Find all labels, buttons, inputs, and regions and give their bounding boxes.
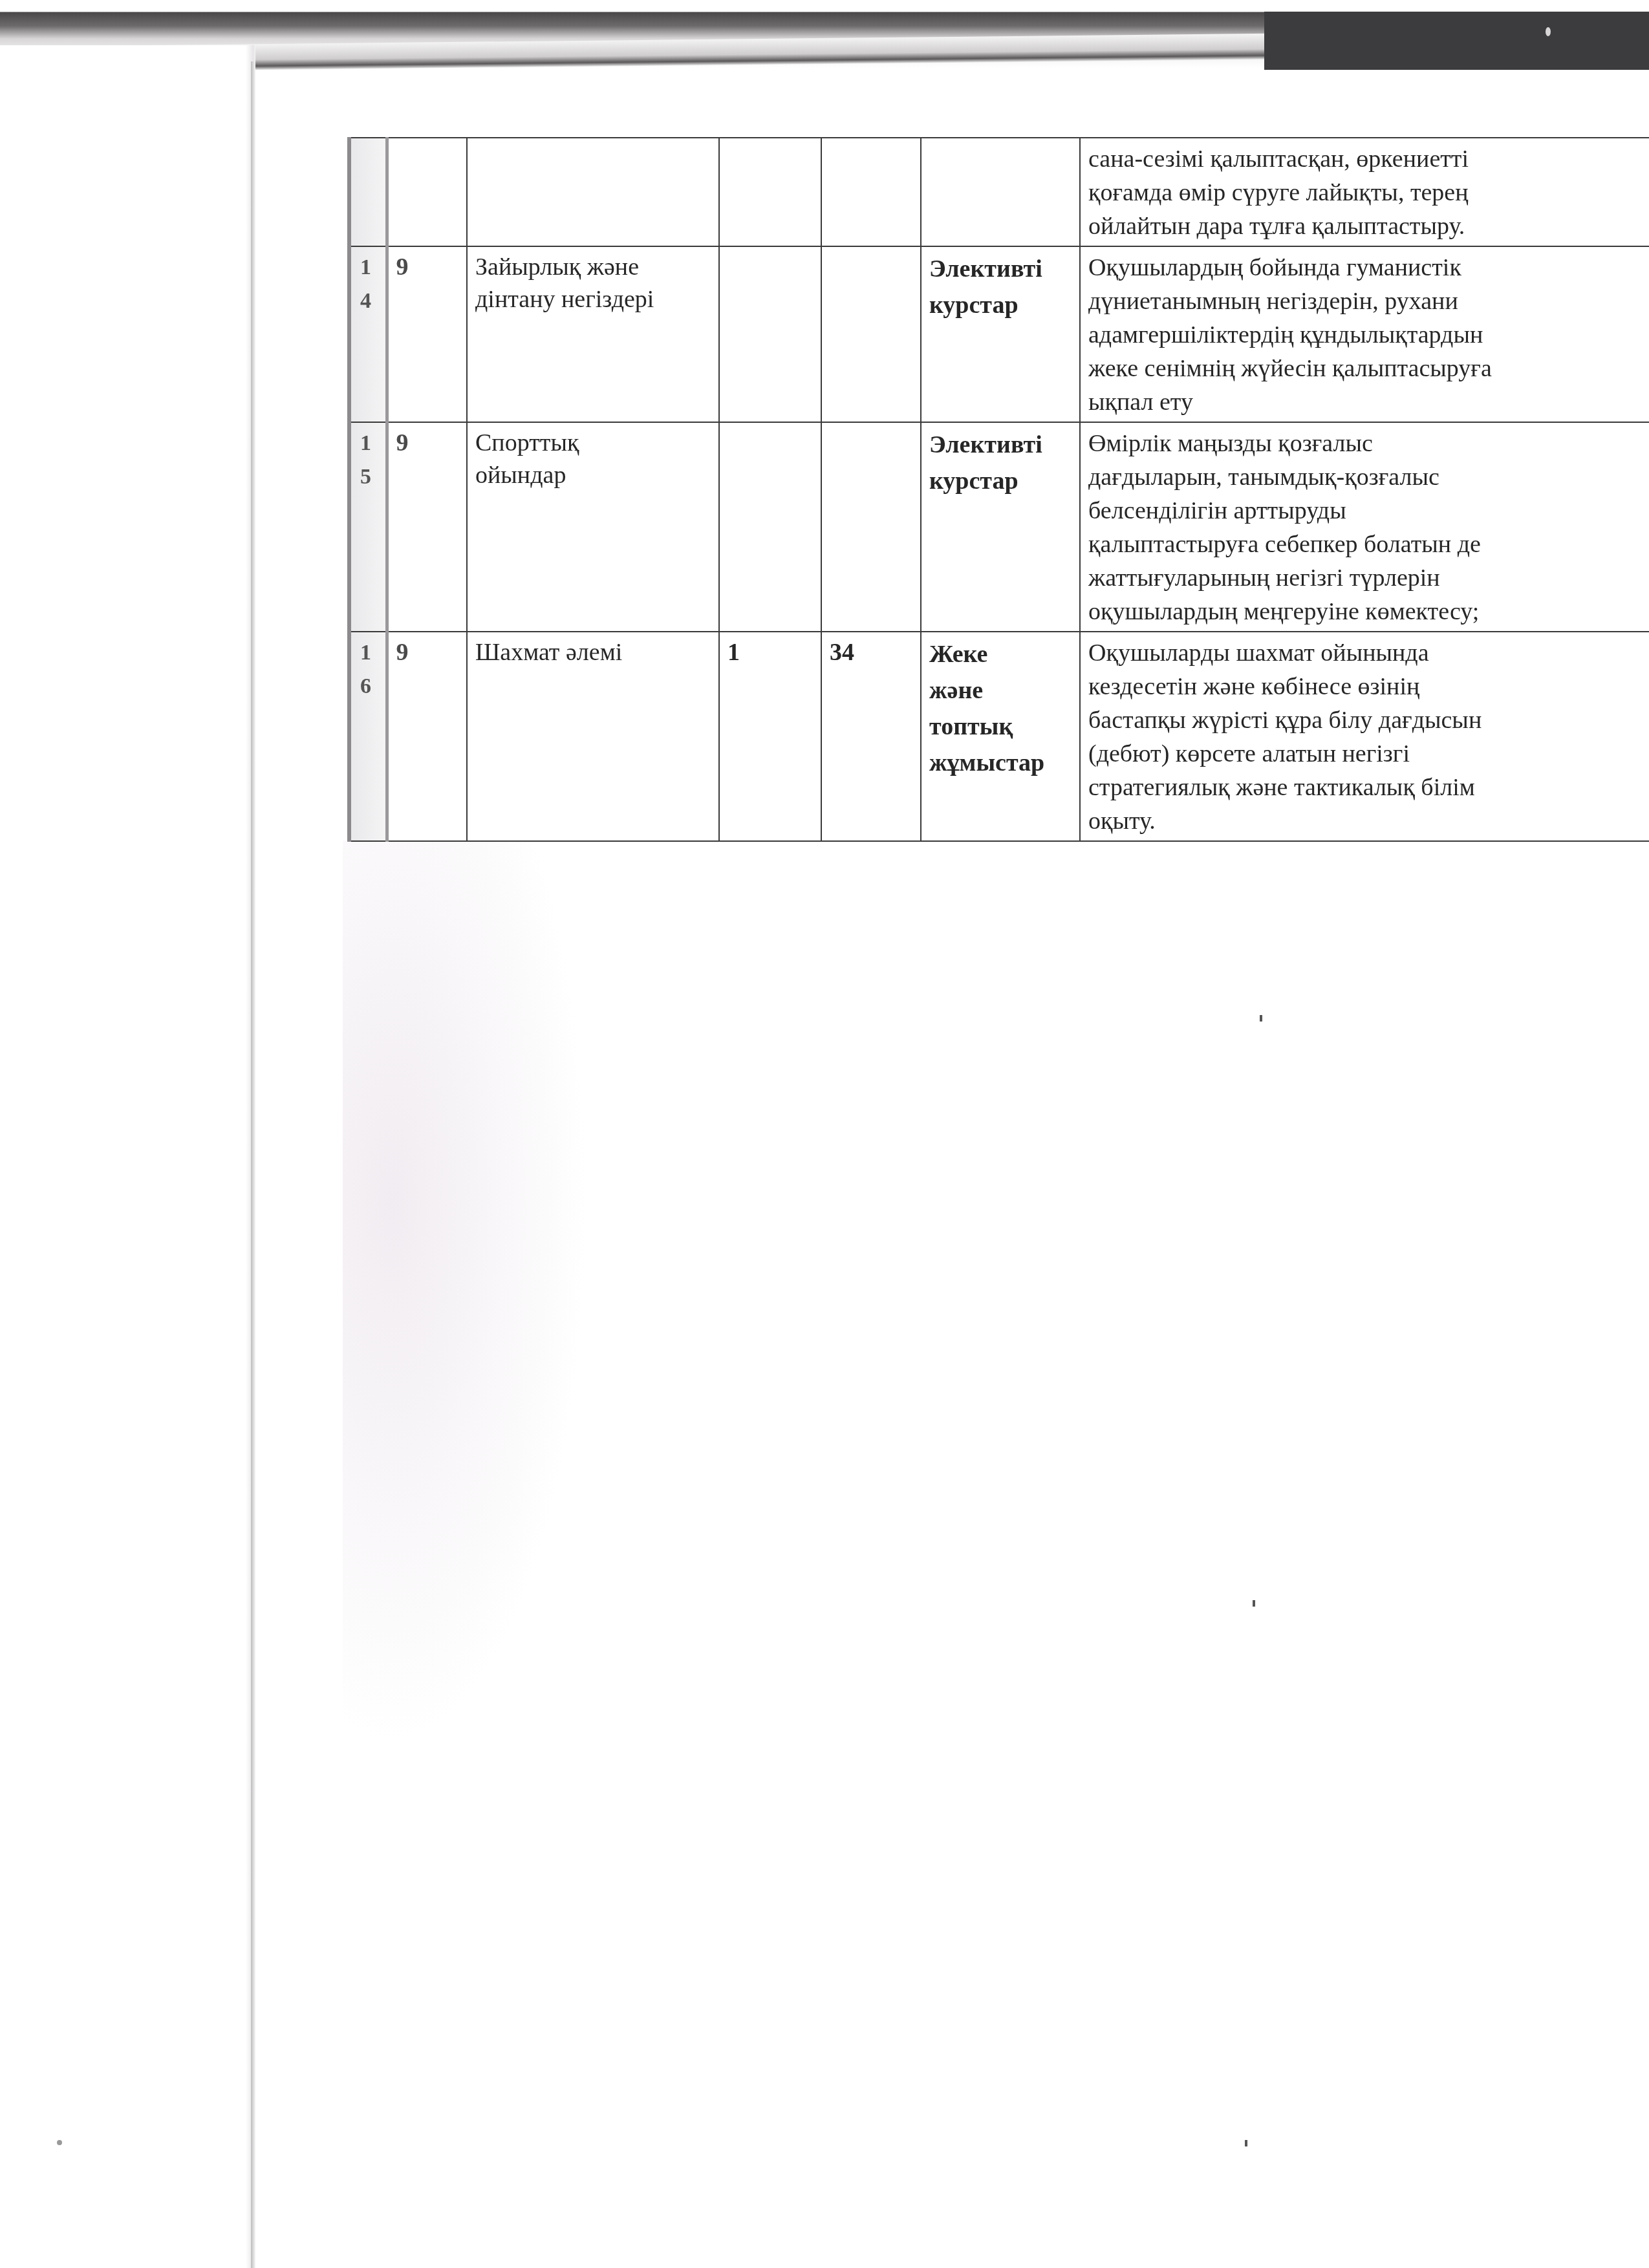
table-row: 1 5 9 Спорттық ойындар Элективті курстар… <box>349 422 1649 632</box>
grade-cell: 9 <box>387 632 467 841</box>
goal-cell: Оқушылардың бойында гуманистік дүниетаны… <box>1080 246 1649 422</box>
page-edge <box>251 61 255 2268</box>
scan-speck <box>1260 1015 1262 1022</box>
row-number: 1 6 <box>349 632 387 841</box>
scan-speck <box>1546 27 1551 36</box>
scan-speck <box>57 2140 62 2145</box>
form-cell: Жеке және топтық жұмыстар <box>921 632 1080 841</box>
hours-per-week-cell: 1 <box>719 632 821 841</box>
hours-per-week-cell <box>719 422 821 632</box>
goal-cell: сана-сезімі қалыптасқан, өркениетті қоға… <box>1080 138 1649 246</box>
hours-per-week-cell <box>719 246 821 422</box>
course-name-cell: Спорттық ойындар <box>467 422 719 632</box>
row-number <box>349 138 387 246</box>
hours-per-year-cell <box>821 422 921 632</box>
course-name-cell: Зайырлық және дінтану негіздері <box>467 246 719 422</box>
scan-speck <box>1253 1600 1255 1607</box>
curriculum-table: сана-сезімі қалыптасқан, өркениетті қоға… <box>347 137 1649 842</box>
hours-per-week-cell <box>719 138 821 246</box>
scanner-left-margin <box>0 45 255 2268</box>
grade-cell <box>387 138 467 246</box>
row-number: 1 4 <box>349 246 387 422</box>
course-name-cell: Шахмат әлемі <box>467 632 719 841</box>
table-row-continuation: сана-сезімі қалыптасқан, өркениетті қоға… <box>349 138 1649 246</box>
course-name-cell <box>467 138 719 246</box>
scan-speck <box>1245 2140 1247 2146</box>
hours-per-year-cell <box>821 246 921 422</box>
form-cell: Элективті курстар <box>921 246 1080 422</box>
form-cell: Элективті курстар <box>921 422 1080 632</box>
grade-cell: 9 <box>387 422 467 632</box>
goal-cell: Оқушыларды шахмат ойынында кездесетін жә… <box>1080 632 1649 841</box>
table-row: 1 4 9 Зайырлық және дінтану негіздері Эл… <box>349 246 1649 422</box>
hours-per-year-cell <box>821 138 921 246</box>
goal-cell: Өмірлік маңызды қозғалыс дағдыларын, тан… <box>1080 422 1649 632</box>
hours-per-year-cell: 34 <box>821 632 921 841</box>
table-row: 1 6 9 Шахмат әлемі 1 34 Жеке және топтық… <box>349 632 1649 841</box>
grade-cell: 9 <box>387 246 467 422</box>
scanner-dark-corner <box>1264 12 1649 70</box>
bleed-through-shadow <box>343 840 588 1746</box>
row-number: 1 5 <box>349 422 387 632</box>
form-cell <box>921 138 1080 246</box>
